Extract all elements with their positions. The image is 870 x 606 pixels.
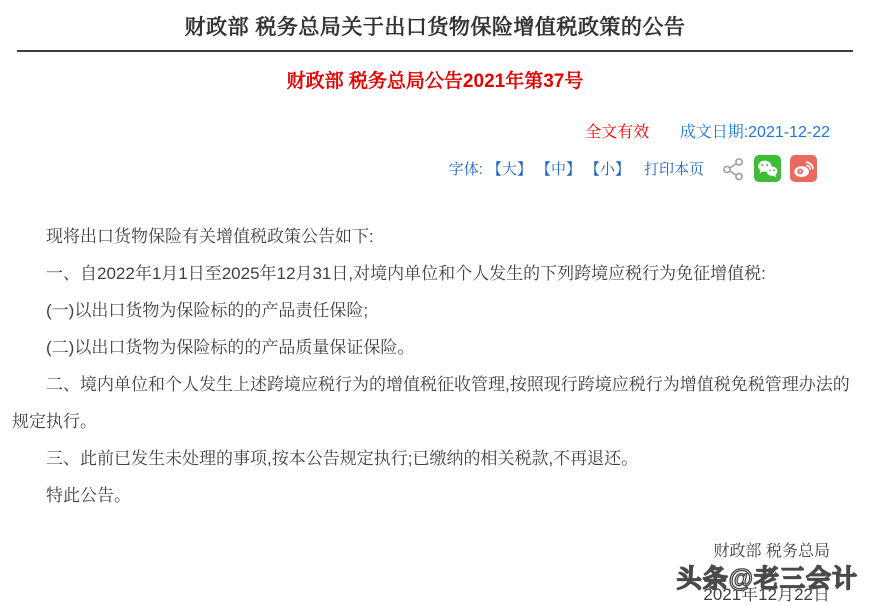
body-paragraph: (二)以出口货物为保险标的的产品质量保证保险。 [12, 329, 864, 366]
status-row: 全文有效 成文日期:2021-12-22 [0, 122, 870, 144]
font-medium-button[interactable]: 【中】 [536, 158, 581, 179]
page-title: 财政部 税务总局关于出口货物保险增值税政策的公告 [0, 0, 870, 42]
toolbar: 字体: 【大】 【中】 【小】 打印本页 [0, 155, 870, 182]
announcement-page: 财政部 税务总局关于出口货物保险增值税政策的公告 财政部 税务总局公告2021年… [0, 0, 870, 606]
font-large-button[interactable]: 【大】 [487, 158, 532, 179]
share-icon[interactable] [722, 157, 745, 181]
signature-org: 财政部 税务总局 [0, 541, 830, 562]
font-size-label: 字体: [449, 158, 483, 179]
document-body: 现将出口货物保险有关增值税政策公告如下:一、自2022年1月1日至2025年12… [0, 218, 870, 514]
body-paragraph: 一、自2022年1月1日至2025年12月31日,对境内单位和个人发生的下列跨境… [12, 255, 864, 292]
signature-date: 2021年12月22日 [0, 584, 830, 606]
wechat-icon[interactable] [754, 155, 781, 182]
font-small-button[interactable]: 【小】 [585, 158, 630, 179]
print-button[interactable]: 打印本页 [644, 158, 704, 179]
signature-block: 财政部 税务总局 2021年12月22日 [0, 541, 870, 606]
body-paragraph: 现将出口货物保险有关增值税政策公告如下: [12, 218, 864, 255]
body-paragraph: (一)以出口货物为保险标的的产品责任保险; [12, 292, 864, 329]
weibo-icon[interactable] [790, 155, 817, 182]
issue-date: 成文日期:2021-12-22 [680, 124, 830, 141]
doc-number: 财政部 税务总局公告2021年第37号 [0, 69, 870, 94]
title-divider [17, 50, 853, 52]
body-paragraph: 二、境内单位和个人发生上述跨境应税行为的增值税征收管理,按照现行跨境应税行为增值… [12, 366, 864, 440]
body-paragraph: 特此公告。 [12, 477, 864, 514]
status-badge: 全文有效 [585, 124, 649, 141]
body-paragraph: 三、此前已发生未处理的事项,按本公告规定执行;已缴纳的相关税款,不再退还。 [12, 440, 864, 477]
